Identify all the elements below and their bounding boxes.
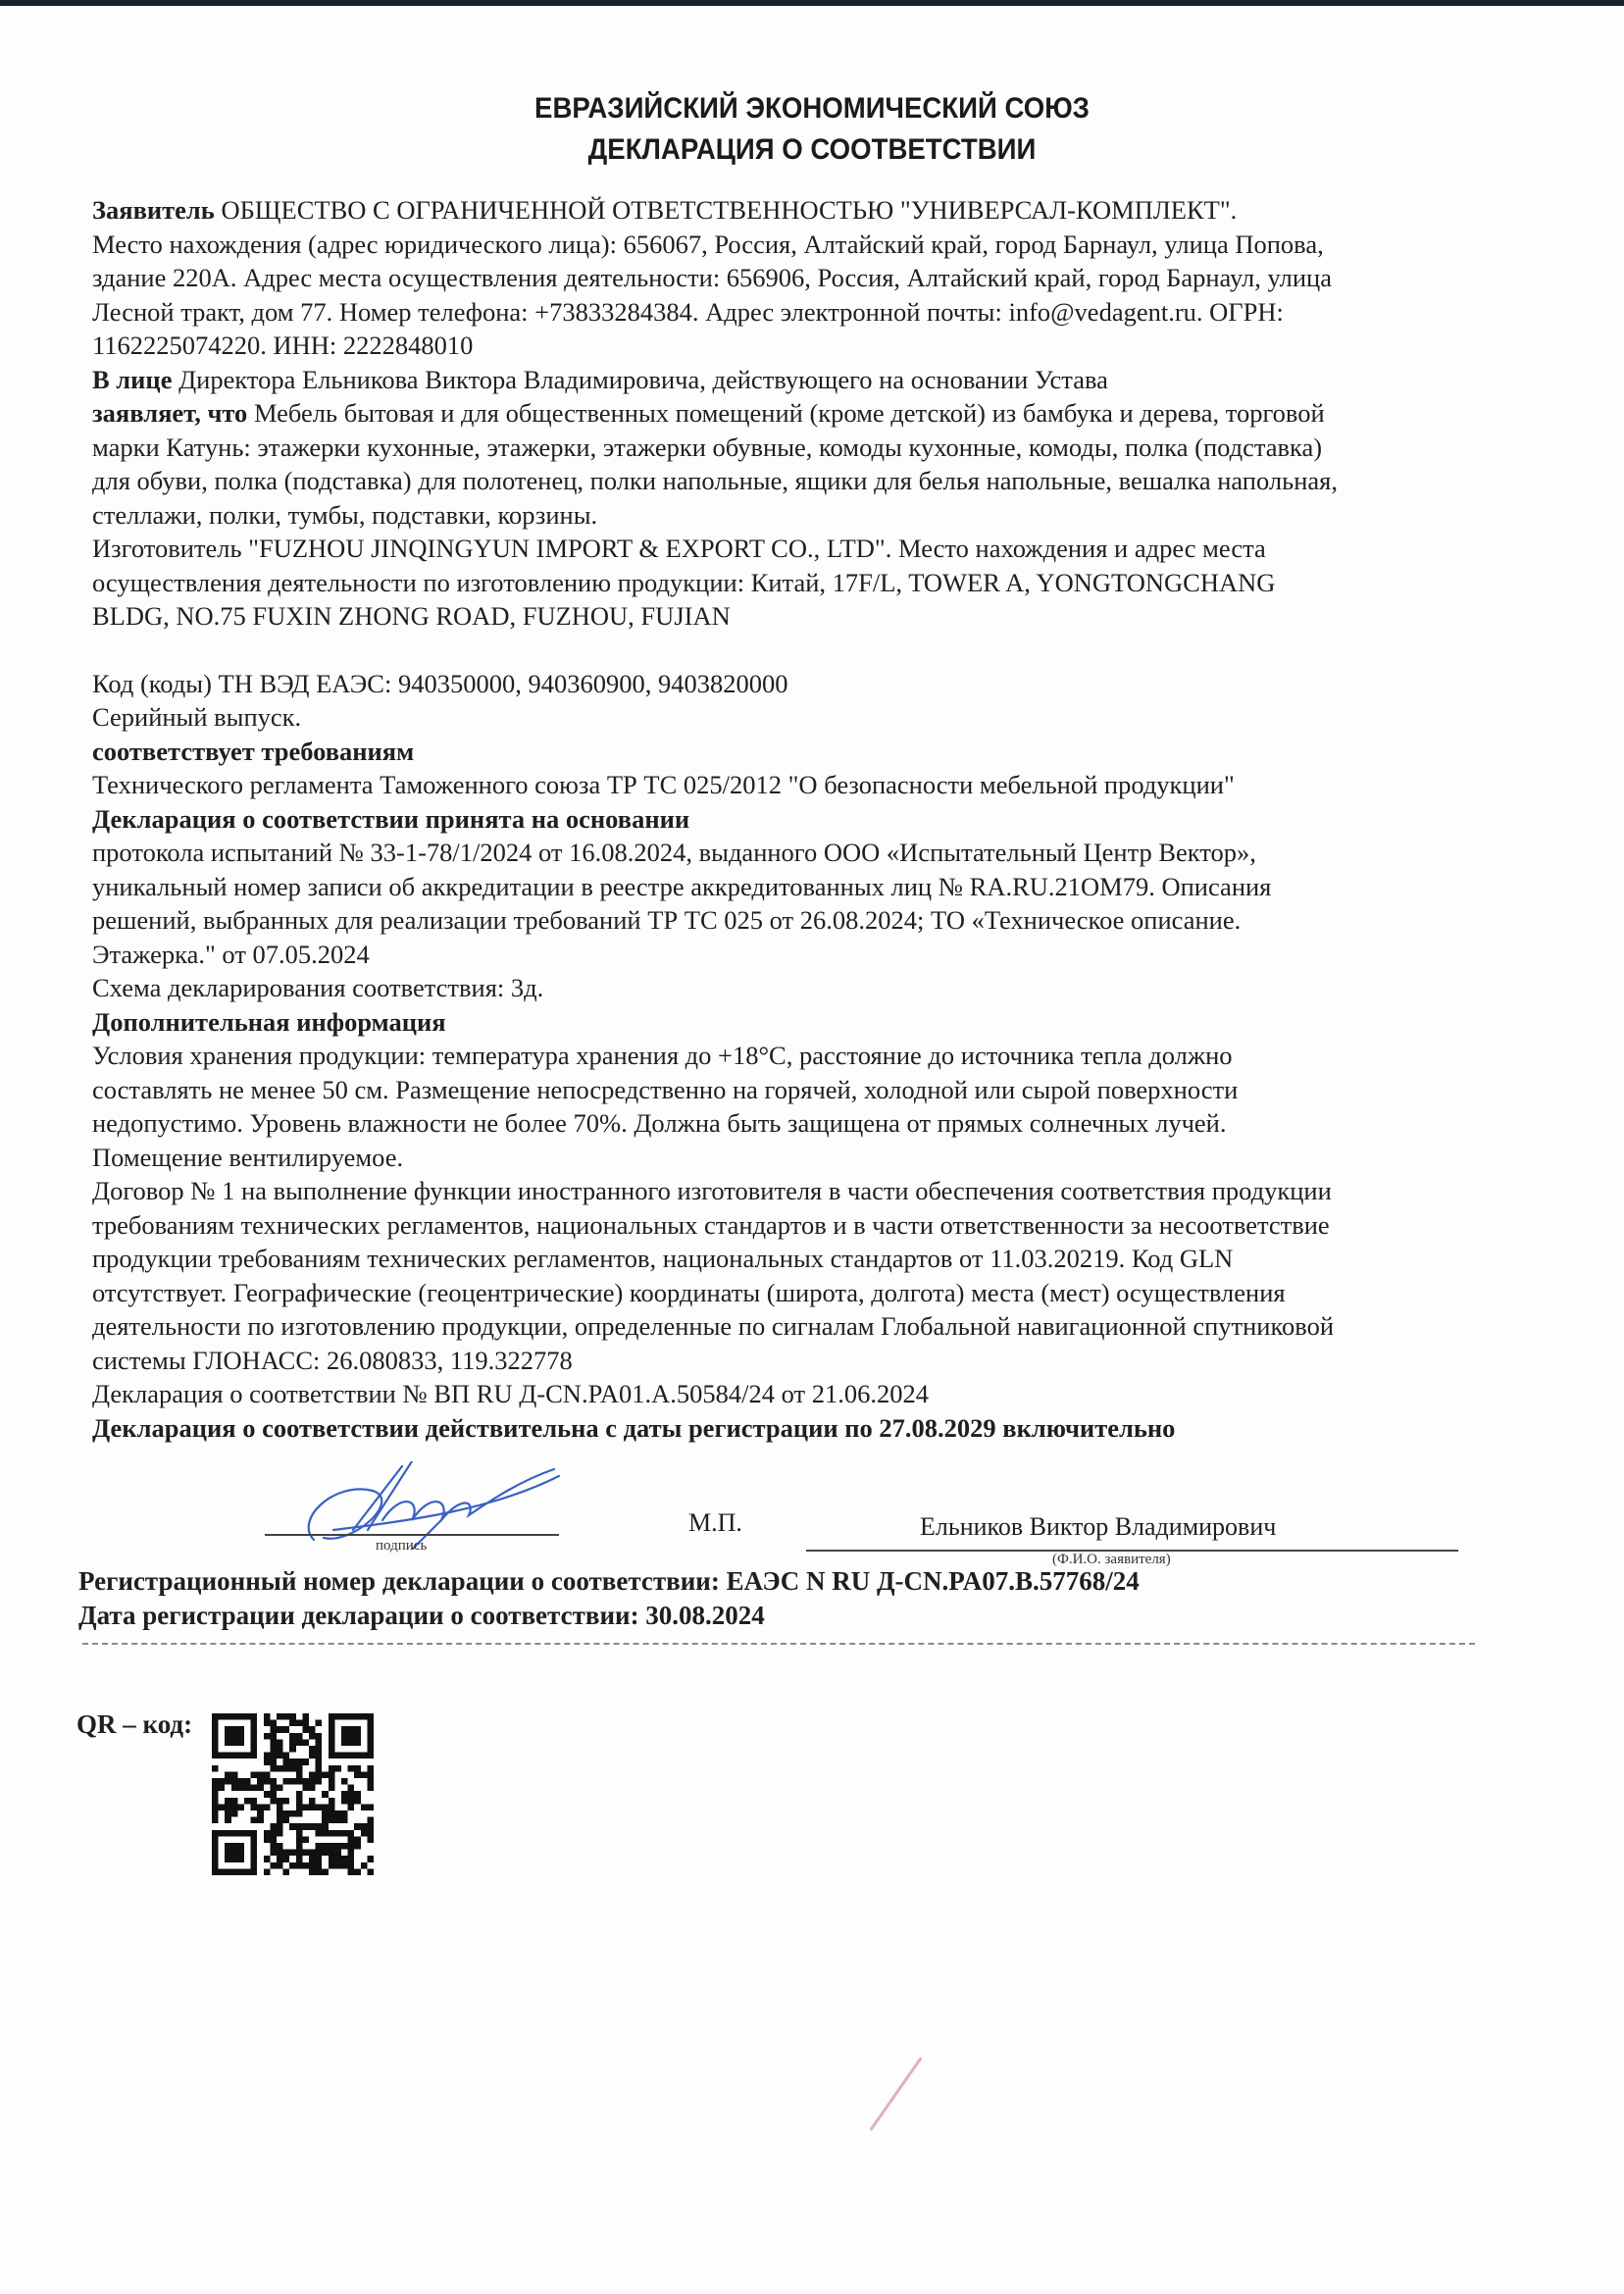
represented-by: В лице Директора Ельникова Виктора Влади… [92, 363, 1504, 397]
applicant-line: Заявитель ОБЩЕСТВО С ОГРАНИЧЕННОЙ ОТВЕТС… [92, 193, 1504, 228]
manufacturer-address: BLDG, NO.75 FUXIN ZHONG ROAD, FUZHOU, FU… [92, 599, 1504, 634]
registration-date: Дата регистрации декларации о соответств… [78, 1601, 765, 1631]
declaration-scheme: Схема декларирования соответствия: 3д. [92, 971, 1504, 1005]
applicant-ids: 1162225074220. ИНН: 2222848010 [92, 329, 1504, 363]
signature-caption: подпись [376, 1538, 427, 1555]
divider [82, 1643, 1475, 1645]
scan-top-edge [0, 0, 1624, 6]
coordinates-text: отсутствует. Географические (геоцентриче… [92, 1276, 1504, 1310]
applicant-label: Заявитель [92, 195, 215, 225]
basis-label: Декларация о соответствии принята на осн… [92, 802, 1504, 837]
qr-code-icon [212, 1713, 374, 1875]
pen-mark [869, 2057, 922, 2130]
applicant-contacts: Лесной тракт, дом 77. Номер телефона: +7… [92, 295, 1504, 330]
contract-text: требованиям технических регламентов, нац… [92, 1208, 1504, 1243]
additional-info-text: недопустимо. Уровень влажности не более … [92, 1106, 1504, 1141]
contract-text: Договор № 1 на выполнение функции иностр… [92, 1174, 1504, 1208]
additional-info-text: составлять не менее 50 см. Размещение не… [92, 1073, 1504, 1107]
applicant-address: Место нахождения (адрес юридического лиц… [92, 228, 1504, 262]
validity-period: Декларация о соответствии действительна … [92, 1411, 1504, 1446]
signature-icon [294, 1461, 569, 1550]
applicant-name: Ельников Виктор Владимирович [920, 1512, 1276, 1542]
product-description: для обуви, полка (подставка) для полотен… [92, 464, 1504, 498]
tn-ved-codes: Код (коды) ТН ВЭД ЕАЭС: 940350000, 94036… [92, 667, 1504, 701]
product-description: марки Катунь: этажерки кухонные, этажерк… [92, 431, 1504, 465]
header-document-title: ДЕКЛАРАЦИЯ О СООТВЕТСТВИИ [65, 133, 1559, 167]
additional-info-label: Дополнительная информация [92, 1005, 1504, 1040]
stamp-place: М.П. [688, 1508, 742, 1538]
manufacturer-address: осуществления деятельности по изготовлен… [92, 566, 1504, 600]
declares-line: заявляет, что Мебель бытовая и для общес… [92, 396, 1504, 431]
coordinates-text: деятельности по изготовлению продукции, … [92, 1309, 1504, 1344]
basis-text: решений, выбранных для реализации требов… [92, 903, 1504, 938]
header-union: ЕВРАЗИЙСКИЙ ЭКОНОМИЧЕСКИЙ СОЮЗ [65, 92, 1559, 126]
product-description: стеллажи, полки, тумбы, подставки, корзи… [92, 498, 1504, 533]
applicant-address: здание 220А. Адрес места осуществления д… [92, 261, 1504, 295]
declaration-body: Заявитель ОБЩЕСТВО С ОГРАНИЧЕННОЙ ОТВЕТС… [92, 193, 1504, 1445]
manufacturer: Изготовитель "FUZHOU JINQINGYUN IMPORT &… [92, 532, 1504, 566]
basis-text: протокола испытаний № 33-1-78/1/2024 от … [92, 836, 1504, 870]
additional-info-text: Помещение вентилируемое. [92, 1141, 1504, 1175]
basis-text: Этажерка." от 07.05.2024 [92, 938, 1504, 972]
signature-line [265, 1534, 559, 1536]
qr-label: QR – код: [76, 1709, 192, 1740]
registration-number: Регистрационный номер декларации о соотв… [78, 1566, 1140, 1597]
additional-info-text: Условия хранения продукции: температура … [92, 1039, 1504, 1073]
complies-label: соответствует требованиям [92, 735, 1504, 769]
serial-release: Серийный выпуск. [92, 700, 1504, 735]
coordinates-text: системы ГЛОНАСС: 26.080833, 119.322778 [92, 1344, 1504, 1378]
contract-text: продукции требованиям технических реглам… [92, 1242, 1504, 1276]
basis-text: уникальный номер записи об аккредитации … [92, 870, 1504, 904]
previous-declaration: Декларация о соответствии № ВП RU Д-CN.P… [92, 1377, 1504, 1411]
technical-regulation: Технического регламента Таможенного союз… [92, 768, 1504, 802]
